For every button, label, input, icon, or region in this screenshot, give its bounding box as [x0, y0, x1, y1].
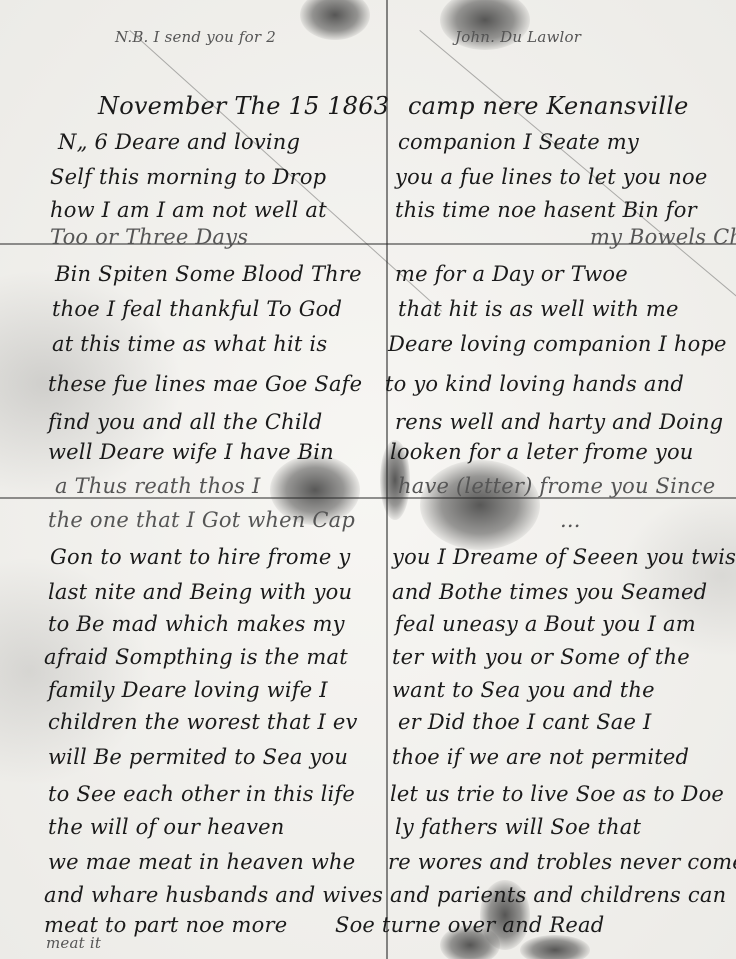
ink-stain: [520, 935, 590, 959]
header-note-left: N.B. I send you for 2: [115, 28, 276, 46]
header-note-right: John. Du Lawlor: [455, 28, 581, 46]
ink-stain: [300, 0, 370, 40]
letter-place: camp nere Kenansville: [408, 92, 688, 120]
letter-date: November The 15 1863: [98, 92, 389, 120]
vertical-fold-crease: [386, 0, 388, 959]
letter-page: N.B. I send you for 2 John. Du Lawlor No…: [0, 0, 736, 959]
